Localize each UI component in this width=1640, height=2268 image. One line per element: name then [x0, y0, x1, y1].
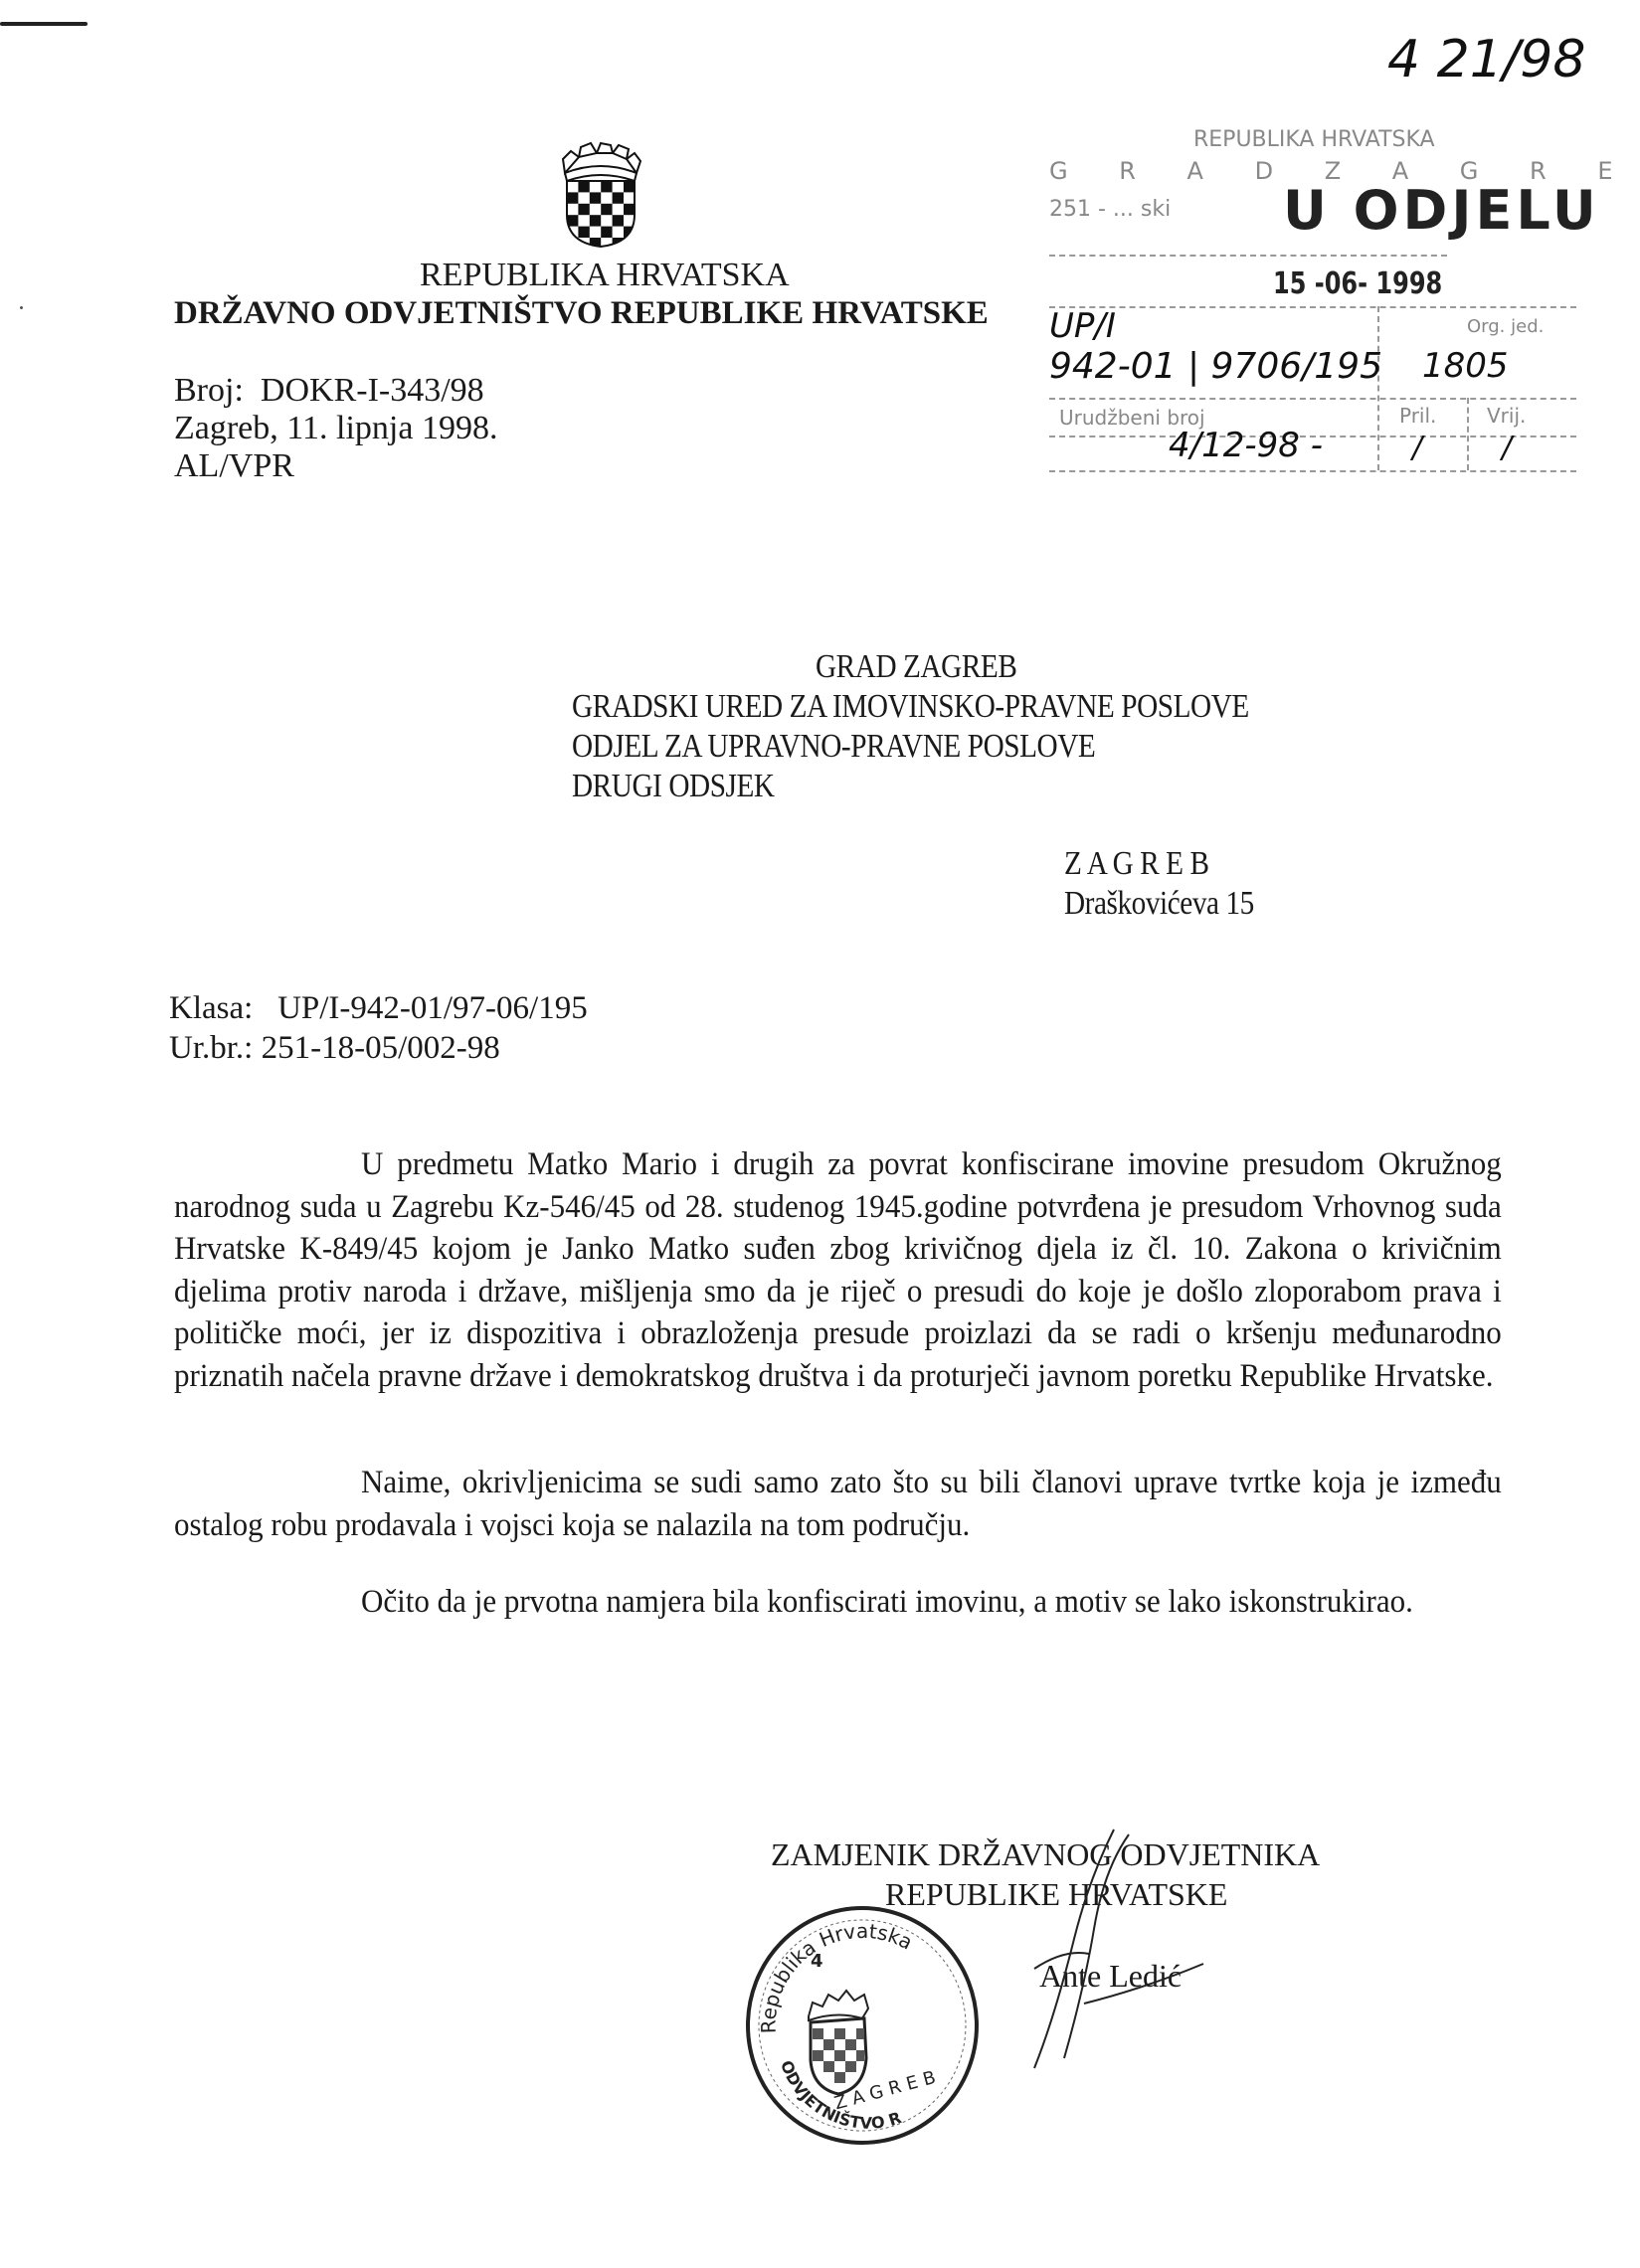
scan-mark — [0, 22, 88, 26]
handwritten-signature — [995, 1820, 1213, 2078]
body-paragraph-3: Očito da je prvotna namjera bila konfisc… — [174, 1581, 1502, 1624]
stamp-251: 251 - ... ski — [1049, 197, 1171, 222]
stamp-class-number: 942-01 | 9706/195 — [1049, 346, 1382, 387]
recipient-line-4: DRUGI ODSJEK — [572, 768, 775, 805]
stamp-pril-label: Pril. — [1399, 404, 1436, 428]
urbr-line: Ur.br.: 251-18-05/002-98 — [169, 1029, 500, 1067]
recipient-city: Z A G R E B — [1064, 845, 1209, 883]
seal-crest-icon — [809, 1991, 868, 2094]
handwritten-file-number: 4 21/98 — [1387, 30, 1585, 89]
broj-line: Broj: DOKR-I-343/98 — [174, 372, 484, 410]
stamp-vrij-value: / — [1502, 431, 1512, 465]
urbr-value: 251-18-05/002-98 — [262, 1030, 500, 1066]
svg-text:Republika Hrvatska: Republika Hrvatska — [757, 1919, 917, 2034]
klasa-line: Klasa: UP/I-942-01/97-06/195 — [169, 989, 588, 1027]
stamp-org-number: 1805 — [1422, 346, 1509, 386]
stamp-date: 15 -06- 1998 — [1273, 266, 1442, 301]
header-institution: DRŽAVNO ODVJETNIŠTVO REPUBLIKE HRVATSKE — [174, 294, 989, 332]
stamp-pril-value: / — [1412, 431, 1422, 465]
stamp-republika: REPUBLIKA HRVATSKA — [1193, 127, 1435, 152]
recipient-street: Draškovićeva 15 — [1064, 885, 1254, 923]
stamp-u-odjelu: U ODJELU — [1283, 179, 1600, 242]
klasa-label: Klasa: — [169, 990, 253, 1026]
stamp-vrij-label: Vrij. — [1487, 404, 1526, 428]
recipient-line-2: GRADSKI URED ZA IMOVINSKO-PRAVNE POSLOVE — [572, 688, 1249, 726]
stamp-urudzbeni-number: 4/12-98 - — [1169, 426, 1323, 465]
scan-speck — [20, 306, 23, 309]
stamp-org-label: Org. jed. — [1467, 316, 1544, 337]
initials: AL/VPR — [174, 447, 294, 485]
body-paragraph-1: U predmetu Matko Mario i drugih za povra… — [174, 1143, 1502, 1397]
croatian-coat-of-arms-icon — [559, 139, 642, 249]
svg-text:4: 4 — [811, 1951, 823, 1972]
broj-value: DOKR-I-343/98 — [261, 372, 484, 409]
body-paragraph-2: Naime, okrivljenicima se sudi samo zato … — [174, 1462, 1502, 1546]
broj-label: Broj: — [174, 372, 244, 409]
klasa-value: UP/I-942-01/97-06/195 — [277, 990, 588, 1026]
stamp-class-prefix: UP/I — [1049, 306, 1116, 346]
receipt-stamp: REPUBLIKA HRVATSKA G R A D Z A G R E B 2… — [1049, 127, 1576, 470]
recipient-line-3: ODJEL ZA UPRAVNO-PRAVNE POSLOVE — [572, 728, 1095, 766]
header-country: REPUBLIKA HRVATSKA — [420, 257, 790, 294]
place-date: Zagreb, 11. lipnja 1998. — [174, 410, 497, 447]
recipient-line-1: GRAD ZAGREB — [816, 648, 1016, 686]
urbr-label: Ur.br.: — [169, 1030, 253, 1066]
official-seal: Republika Hrvatska ODVJETNIŠTVO REPUBLIK… — [741, 1904, 985, 2148]
